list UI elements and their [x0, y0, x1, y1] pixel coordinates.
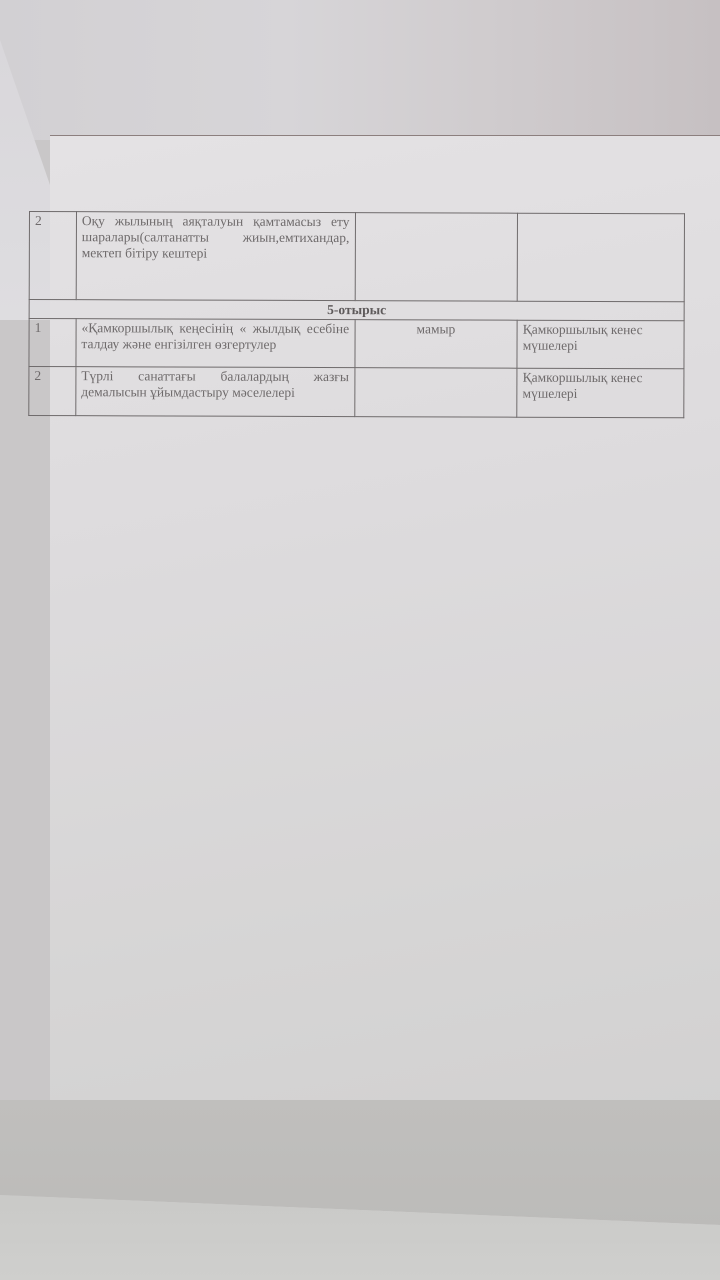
table-row: 2 Түрлі санаттағы балалардың жазғы демал…: [29, 367, 684, 418]
meeting-plan-table: 2 Оқу жылының аяқталуын қамтамасыз ету ш…: [28, 211, 685, 418]
row-date: мамыр: [354, 320, 517, 369]
row-date: [355, 213, 518, 302]
row-responsible: Қамкоршылық кенес мүшелері: [517, 320, 684, 369]
table-row: 1 «Қамкоршылық кеңесінің « жылдық есебін…: [29, 319, 684, 369]
background-surface: [0, 0, 720, 140]
row-topic: Оқу жылының аяқталуын қамтамасыз ету шар…: [76, 212, 355, 301]
section-title: 5-отырыс: [29, 300, 684, 321]
table-row: 2 Оқу жылының аяқталуын қамтамасыз ету ш…: [29, 212, 684, 302]
section-header-row: 5-отырыс: [29, 300, 684, 321]
row-responsible: Қамкоршылық кенес мүшелері: [517, 368, 684, 418]
row-date: [354, 368, 517, 418]
row-number: 1: [29, 319, 76, 367]
row-topic: Түрлі санаттағы балалардың жазғы демалыс…: [76, 367, 355, 417]
row-topic: «Қамкоршылық кеңесінің « жылдық есебіне …: [76, 319, 355, 368]
row-number: 2: [29, 367, 76, 416]
row-responsible: [517, 213, 684, 302]
row-number: 2: [29, 212, 76, 300]
